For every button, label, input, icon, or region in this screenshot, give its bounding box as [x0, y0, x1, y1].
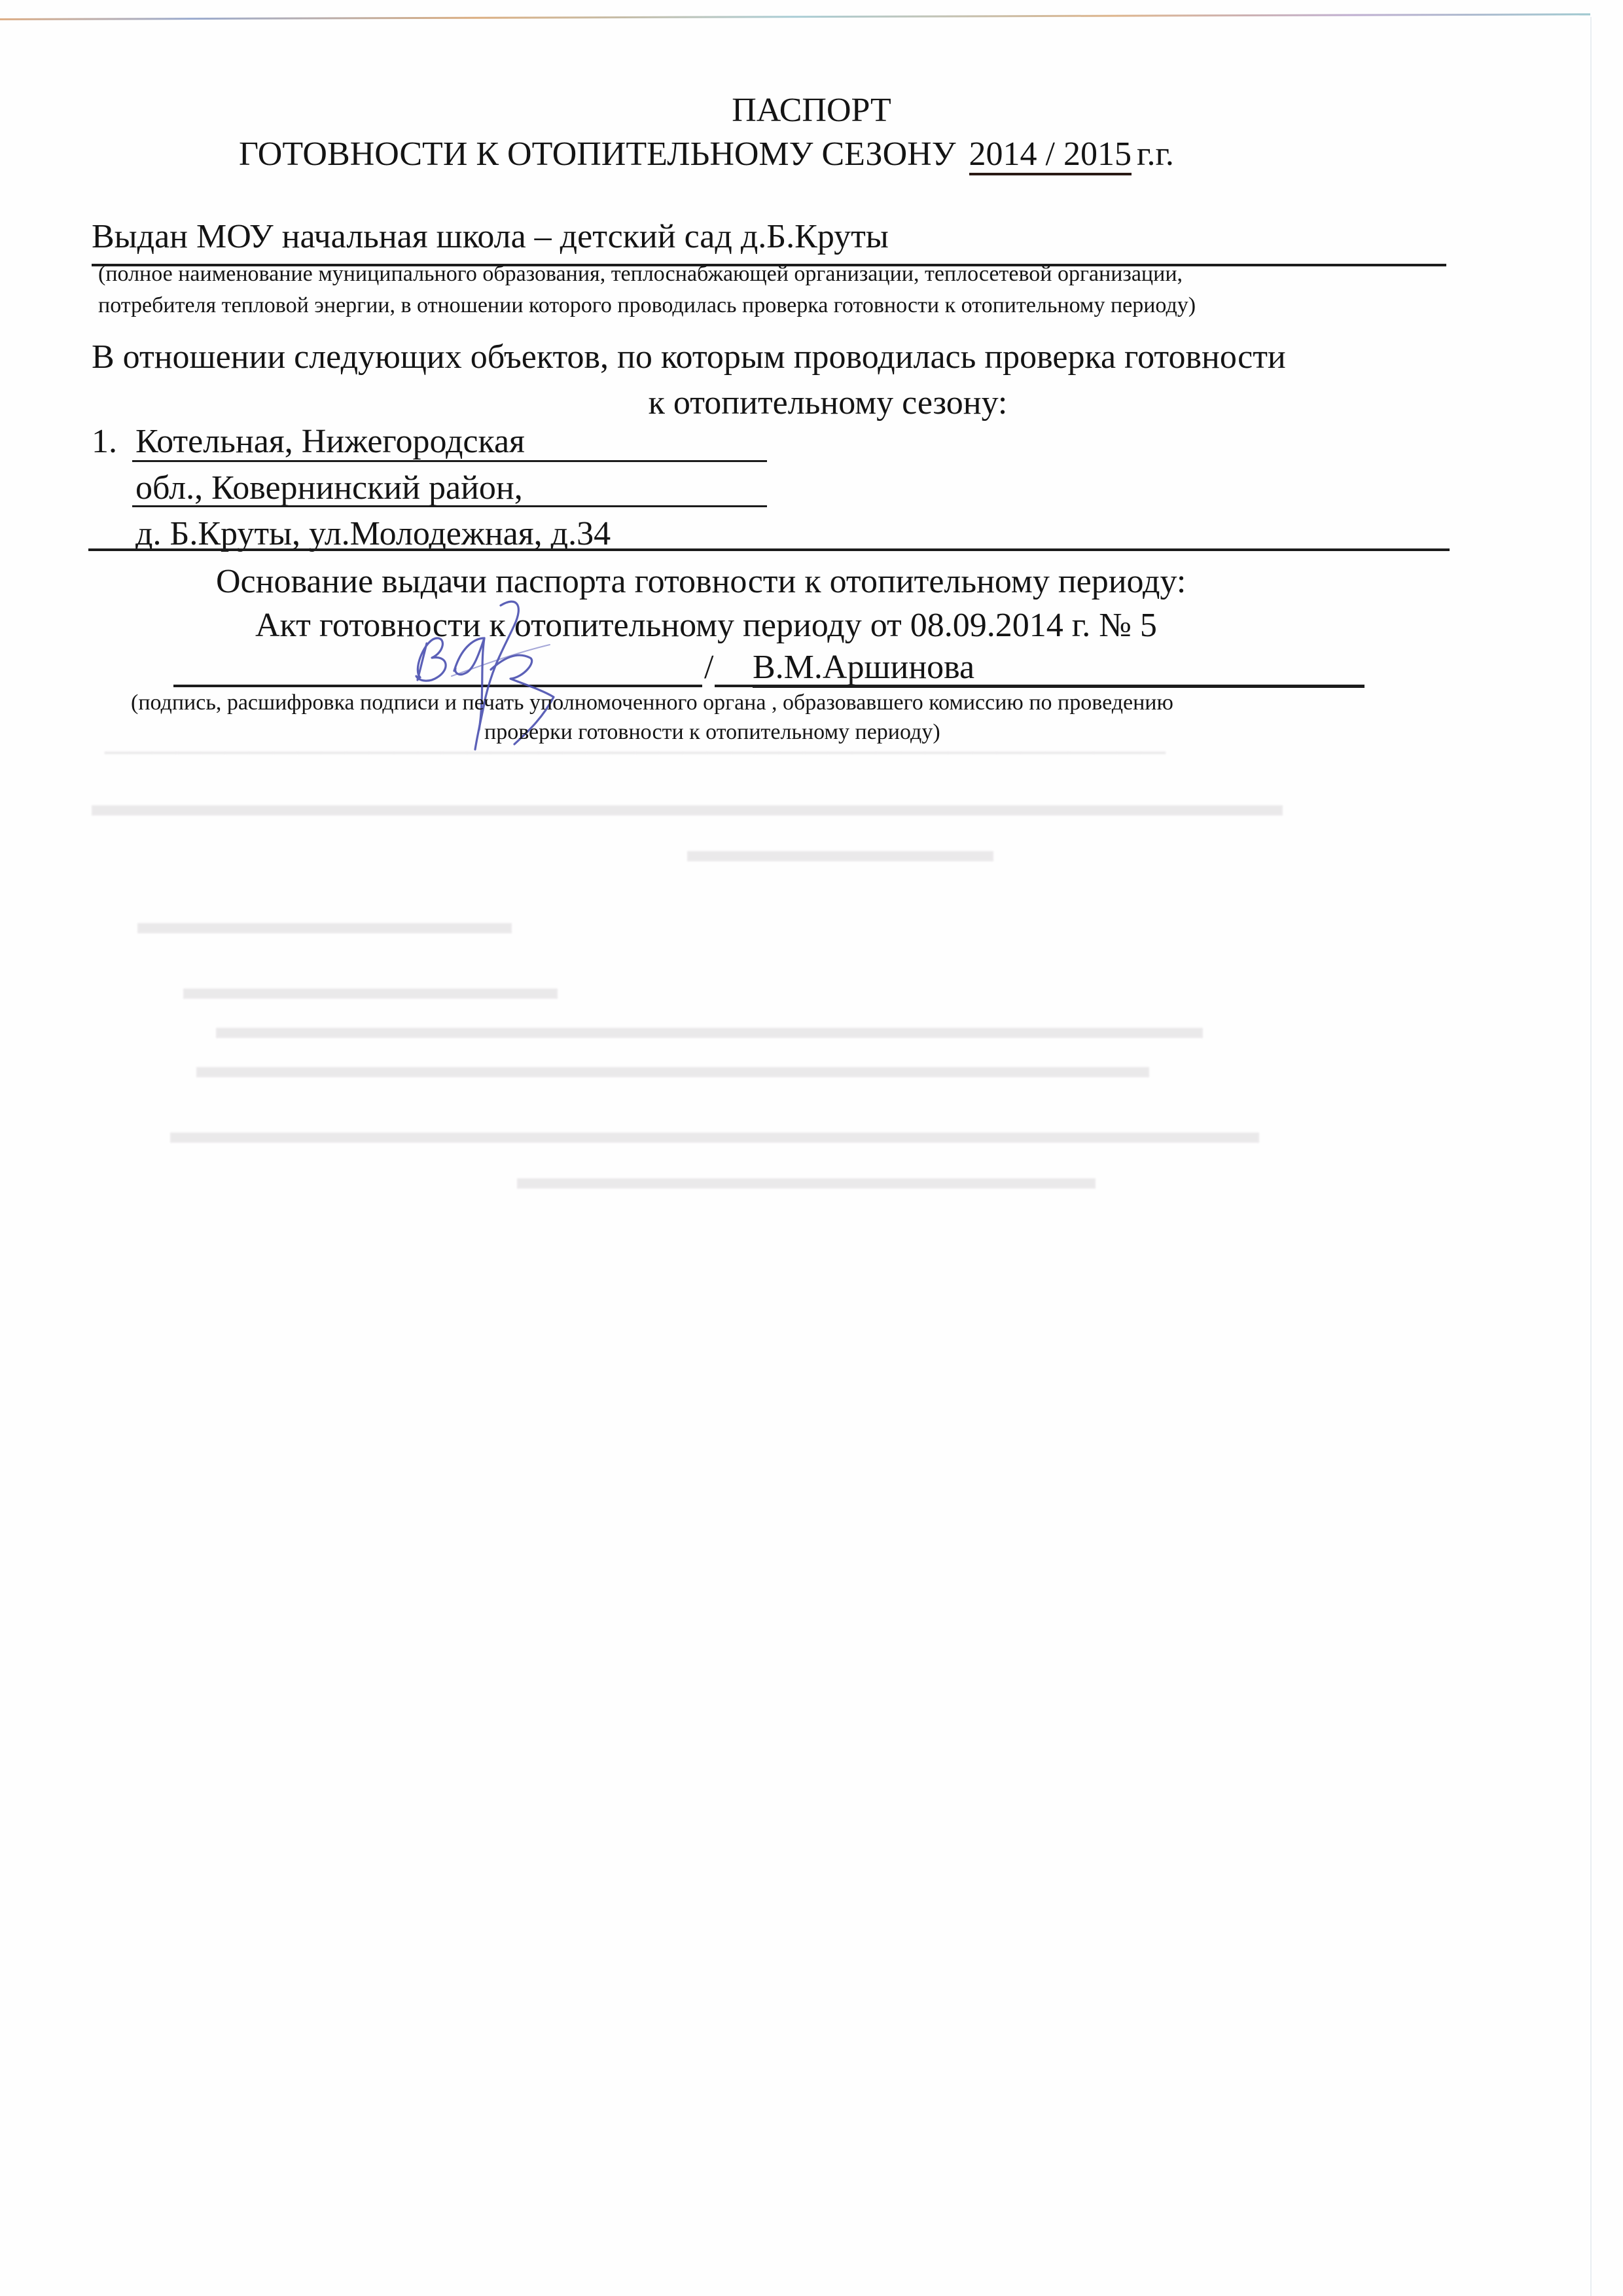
signer-name: В.М.Аршинова — [753, 651, 974, 685]
subtitle-suffix: г.г. — [1137, 135, 1174, 173]
subtitle-prefix: ГОТОВНОСТИ К ОТОПИТЕЛЬНОМУ СЕЗОНУ — [239, 135, 956, 173]
issued-to-hint-line1: (полное наименование муниципального обра… — [98, 263, 1183, 285]
object-number: 1. — [92, 425, 117, 459]
signer-prefix-line — [715, 685, 753, 687]
bleed-through-texture: ▬▬▬▬▬▬▬▬▬ — [687, 831, 993, 870]
issued-to-hint-line2: потребителя тепловой энергии, в отношени… — [98, 295, 1196, 317]
bleed-through-texture: ▬▬▬▬▬▬▬▬▬▬▬▬▬▬▬▬▬▬▬▬▬▬▬▬▬▬▬▬▬ — [216, 1008, 1203, 1047]
object-line1-underline — [132, 460, 767, 462]
issued-to-field: Выдан МОУ начальная школа – детский сад … — [92, 220, 889, 254]
objects-heading-line1: В отношении следующих объектов, по котор… — [92, 340, 1286, 374]
basis-heading: Основание выдачи паспорта готовности к о… — [216, 565, 1186, 599]
bleed-through-texture: ▬▬▬▬▬▬▬▬▬▬▬▬▬▬▬▬▬ — [517, 1158, 1096, 1197]
bleed-through-texture: ▬▬▬▬▬▬▬▬▬▬▬▬▬▬▬▬▬▬▬▬▬▬▬▬▬▬▬▬▬▬▬▬ — [170, 1113, 1259, 1151]
bleed-through-texture: ▬▬▬▬▬▬▬▬▬▬▬ — [183, 969, 558, 1007]
object-address-line3: д. Б.Круты, ул.Молодежная, д.34 — [135, 517, 611, 551]
scanned-document-page: ────────────────────────────────────────… — [0, 0, 1623, 2296]
signature-hint-line1: (подпись, расшифровка подписи и печать у… — [131, 692, 1173, 714]
object-address-line2: обл., Ковернинский район, — [135, 471, 523, 505]
signature-separator: / — [704, 651, 713, 685]
scan-edge-top — [0, 13, 1590, 20]
document-subtitle: ГОТОВНОСТИ К ОТОПИТЕЛЬНОМУ СЕЗОНУ2014 / … — [239, 137, 1174, 175]
object-line2-underline — [132, 505, 767, 507]
scan-edge-right — [1590, 17, 1592, 2296]
bleed-through-texture: ▬▬▬▬▬▬▬▬▬▬▬ — [137, 903, 512, 942]
bleed-through-texture: ▬▬▬▬▬▬▬▬▬▬▬▬▬▬▬▬▬▬▬▬▬▬▬▬▬▬▬▬ — [196, 1047, 1149, 1086]
objects-section-rule — [88, 548, 1450, 551]
heating-season-years: 2014 / 2015 — [969, 137, 1132, 175]
objects-heading-line2: к отопительному сезону: — [0, 386, 1623, 420]
bleed-through-texture: ▬▬▬▬▬▬▬▬▬▬▬▬▬▬▬▬▬▬▬▬▬▬▬▬▬▬▬▬▬▬▬▬▬▬▬ — [92, 785, 1283, 824]
object-address-line1: Котельная, Нижегородская — [135, 425, 525, 459]
signature-hint-line2: проверки готовности к отопительному пери… — [484, 721, 940, 744]
document-title: ПАСПОРТ — [0, 94, 1623, 128]
signer-name-underline — [753, 685, 1364, 688]
